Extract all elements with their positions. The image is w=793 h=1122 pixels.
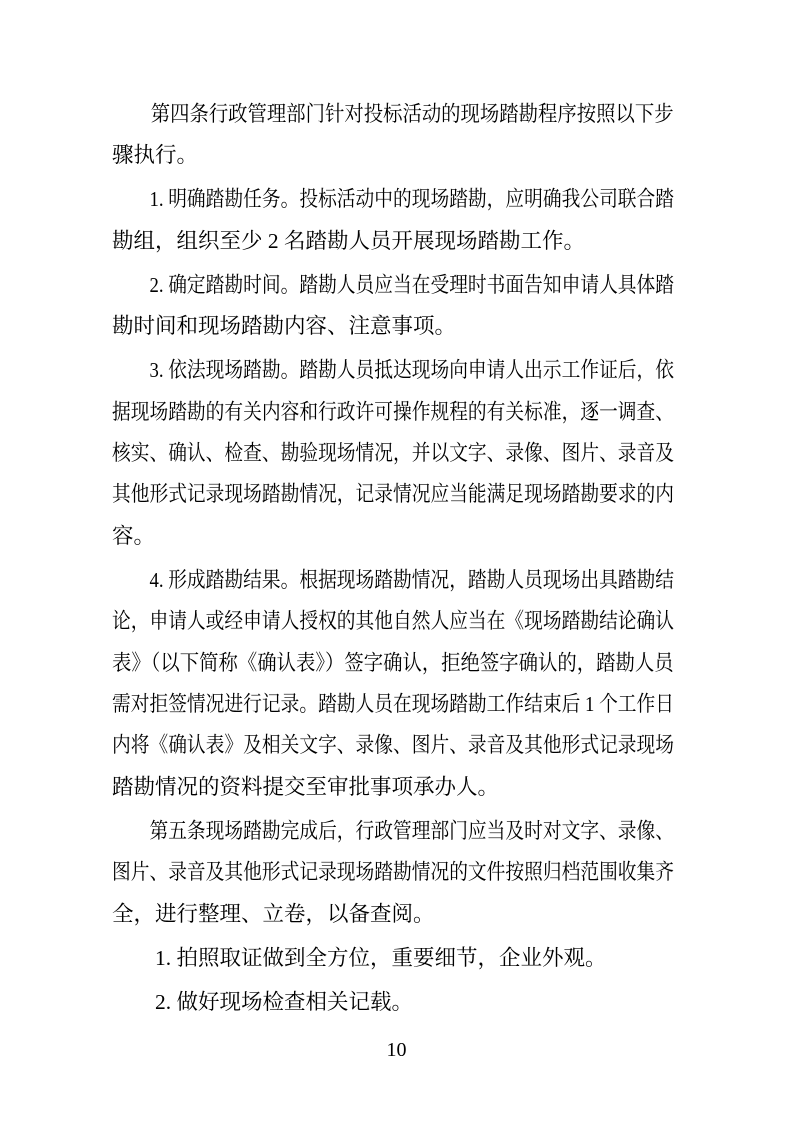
text-line: 勘组，组织至少 2 名踏勘人员开展现场踏勘工作。	[112, 221, 674, 262]
text-line: 表》（以下简称《确认表》）签字确认，拒绝签字确认的，踏勘人员	[112, 643, 618, 684]
text-line: 第四条行政管理部门针对投标活动的现场踏勘程序按照以下步	[112, 94, 618, 135]
paragraph: 1. 明确踏勘任务。投标活动中的现场踏勘，应明确我公司联合踏勘组，组织至少 2 …	[112, 179, 674, 262]
text-line: 踏勘情况的资料提交至审批事项承办人。	[112, 767, 674, 808]
text-line: 其他形式记录现场踏勘情况，记录情况应当能满足现场踏勘要求的内	[112, 474, 602, 515]
text-line: 图片、录音及其他形式记录现场踏勘情况的文件按照归档范围收集齐	[112, 852, 602, 893]
text-line: 2. 做好现场检查相关记载。	[112, 982, 674, 1023]
text-line: 需对拒签情况进行记录。踏勘人员在现场踏勘工作结束后 1 个工作日	[112, 684, 602, 725]
text-line: 论，申请人或经申请人授权的其他自然人应当在《现场踏勘结论确认	[112, 601, 602, 642]
document-body: 第四条行政管理部门针对投标活动的现场踏勘程序按照以下步骤执行。1. 明确踏勘任务…	[112, 94, 674, 1026]
text-line: 第五条现场踏勘完成后，行政管理部门应当及时对文字、录像、	[112, 811, 602, 852]
text-line: 全，进行整理、立卷，以备查阅。	[112, 894, 674, 935]
text-line: 骤执行。	[112, 135, 674, 176]
text-line: 勘时间和现场踏勘内容、注意事项。	[112, 306, 674, 347]
text-line: 4. 形成踏勘结果。根据现场踏勘情况，踏勘人员现场出具踏勘结	[112, 560, 602, 601]
text-line: 3. 依法现场踏勘。踏勘人员抵达现场向申请人出示工作证后，依	[112, 350, 602, 391]
paragraph: 3. 依法现场踏勘。踏勘人员抵达现场向申请人出示工作证后，依据现场踏勘的有关内容…	[112, 350, 674, 557]
paragraph: 4. 形成踏勘结果。根据现场踏勘情况，踏勘人员现场出具踏勘结论，申请人或经申请人…	[112, 560, 674, 808]
text-line: 1. 拍照取证做到全方位，重要细节，企业外观。	[112, 938, 674, 979]
text-line: 核实、确认、检查、勘验现场情况，并以文字、录像、图片、录音及	[112, 433, 602, 474]
paragraph: 1. 拍照取证做到全方位，重要细节，企业外观。	[112, 938, 674, 979]
document-page: 第四条行政管理部门针对投标活动的现场踏勘程序按照以下步骤执行。1. 明确踏勘任务…	[0, 0, 793, 1122]
paragraph: 第四条行政管理部门针对投标活动的现场踏勘程序按照以下步骤执行。	[112, 94, 674, 177]
text-line: 2. 确定踏勘时间。踏勘人员应当在受理时书面告知申请人具体踏	[112, 265, 602, 306]
paragraph: 第五条现场踏勘完成后，行政管理部门应当及时对文字、录像、图片、录音及其他形式记录…	[112, 811, 674, 935]
text-line: 容。	[112, 516, 674, 557]
text-line: 据现场踏勘的有关内容和行政许可操作规程的有关标准，逐一调查、	[112, 392, 602, 433]
text-line: 1. 明确踏勘任务。投标活动中的现场踏勘，应明确我公司联合踏	[112, 179, 602, 220]
text-line: 内将《确认表》及相关文字、录像、图片、录音及其他形式记录现场	[112, 725, 602, 766]
page-number: 10	[0, 1040, 793, 1060]
paragraph: 2. 做好现场检查相关记载。	[112, 982, 674, 1023]
paragraph: 2. 确定踏勘时间。踏勘人员应当在受理时书面告知申请人具体踏勘时间和现场踏勘内容…	[112, 265, 674, 348]
